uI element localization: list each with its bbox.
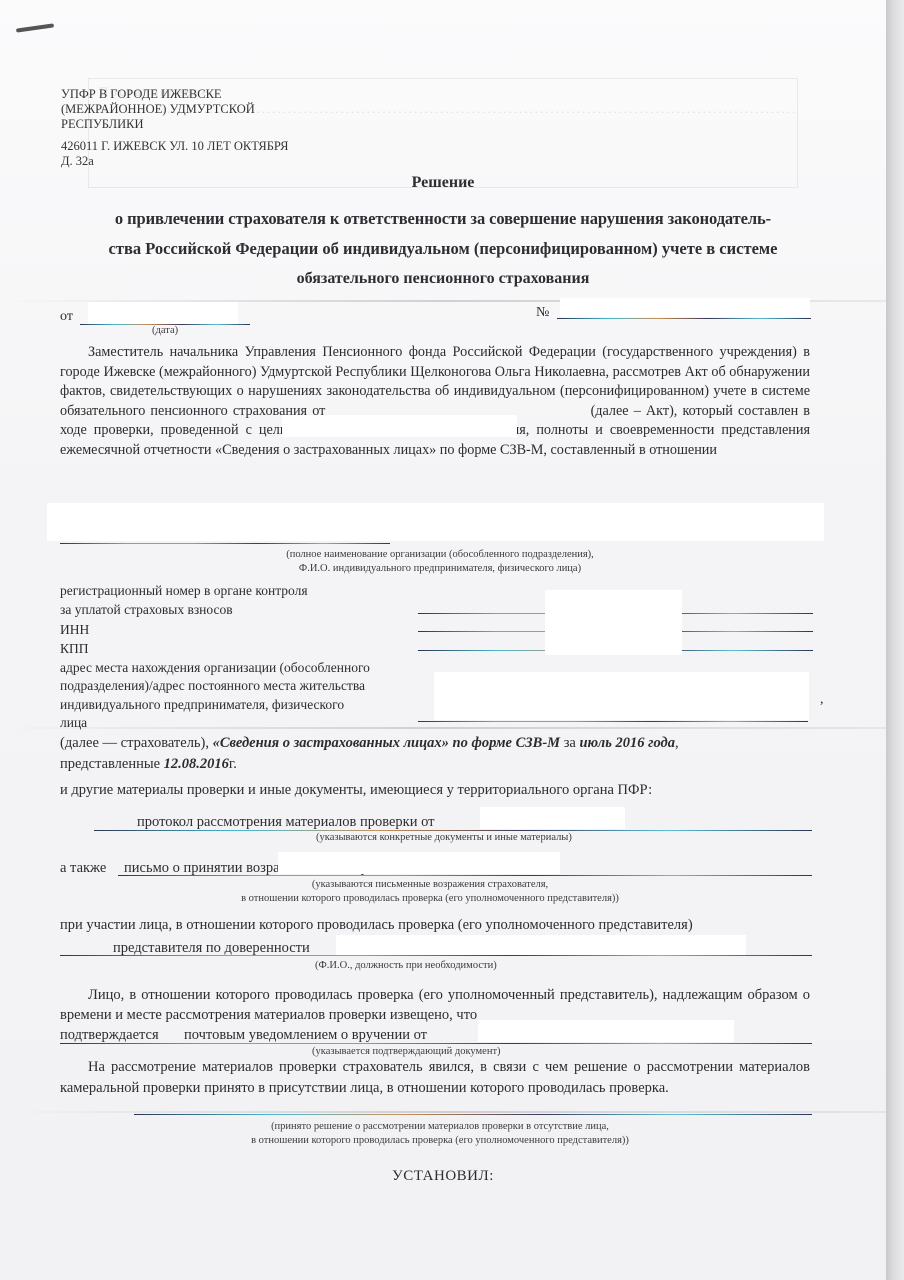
notification-text: Лицо, в отношении которого проводилась п… [60, 987, 810, 1023]
address-label: лица [60, 715, 87, 731]
address-label: индивидуального предпринимателя, физичес… [60, 697, 344, 713]
protocol-text: протокол рассмотрения материалов проверк… [137, 814, 434, 831]
insurer-prefix: (далее — страхователь), [60, 735, 209, 751]
org-caption-line: Ф.И.О. индивидуального предпринимателя, … [0, 562, 880, 576]
report-period: июль 2016 года [579, 735, 674, 751]
redacted-act-date [282, 415, 517, 437]
redacted-organization-name [47, 503, 824, 541]
address-trailing-comma: , [820, 692, 824, 708]
date-from-label: от [60, 309, 73, 325]
review-caption-line: (принято решение о рассмотрении материал… [0, 1120, 880, 1134]
document-heading: Решение [0, 174, 886, 192]
for-label: за [564, 735, 576, 751]
fold-line [0, 1111, 886, 1113]
org-name-line: (МЕЖРАЙОННОЕ) УДМУРТСКОЙ [61, 102, 288, 117]
redacted-representative [336, 935, 746, 955]
number-label: № [536, 305, 549, 321]
pen-mark [16, 23, 54, 32]
fold-line [0, 727, 886, 729]
objection-caption-line: (указываются письменные возражения страх… [0, 878, 860, 892]
form-name: «Сведения о застрахованных лицах» по фор… [213, 735, 560, 751]
org-name-line [60, 543, 390, 544]
review-text: На рассмотрение материалов проверки стра… [60, 1059, 810, 1096]
redacted-protocol-date [480, 807, 625, 829]
redacted-registration-values [545, 590, 682, 655]
org-name-line: УПФР В ГОРОДЕ ИЖЕВСКЕ [61, 87, 288, 102]
redacted-date [88, 302, 238, 324]
submitted-label: представленные [60, 756, 160, 772]
number-field-line [557, 318, 811, 319]
document-title-line: о привлечении страхователя к ответственн… [0, 209, 886, 229]
org-address-line: 426011 Г. ИЖЕВСК УЛ. 10 ЛЕТ ОКТЯБРЯ [61, 139, 288, 154]
confirm-document: почтовым уведомлением о вручении от [184, 1027, 427, 1044]
review-caption: (принято решение о рассмотрении материал… [0, 1120, 880, 1148]
also-label: а также [60, 860, 106, 877]
org-address-line: Д. 32а [61, 154, 288, 169]
established-heading: УСТАНОВИЛ: [0, 1168, 886, 1185]
org-name-line: РЕСПУБЛИКИ [61, 117, 288, 132]
document-title-line: ства Российской Федерации об индивидуаль… [0, 239, 886, 259]
insurer-paragraph: (далее — страхователь), «Сведения о заст… [60, 733, 810, 775]
date-caption: (дата) [152, 325, 178, 336]
year-suffix: г. [229, 756, 237, 772]
submitted-date: 12.08.2016 [164, 756, 229, 772]
redacted-objection-ref [278, 852, 560, 874]
org-caption: (полное наименование организации (обособ… [0, 548, 880, 576]
intro-paragraph: Заместитель начальника Управления Пенсио… [60, 343, 810, 460]
objection-caption-line: в отношении которого проводилась проверк… [0, 892, 860, 906]
confirm-line [60, 1043, 812, 1044]
objection-line [118, 875, 812, 876]
document-page: Постановление ..........................… [0, 0, 886, 1280]
representative-line [60, 955, 812, 956]
reg-number-label: регистрационный номер в органе контроля [60, 583, 308, 599]
kpp-label: КПП [60, 641, 89, 657]
review-paragraph: На рассмотрение материалов проверки стра… [60, 1057, 810, 1098]
redacted-notice-date [478, 1020, 734, 1042]
review-caption-line: в отношении которого проводилась проверк… [0, 1134, 880, 1148]
address-label: адрес места нахождения организации (обос… [60, 660, 370, 676]
materials-intro: и другие материалы проверки и иные докум… [60, 782, 652, 799]
address-label: подразделения)/адрес постоянного места ж… [60, 678, 365, 694]
review-last-word: проверка. [609, 1080, 669, 1096]
org-caption-line: (полное наименование организации (обособ… [0, 548, 880, 562]
sender-block: УПФР В ГОРОДЕ ИЖЕВСКЕ (МЕЖРАЙОННОЕ) УДМУ… [61, 87, 288, 169]
inn-label: ИНН [60, 622, 89, 638]
address-field-line [418, 721, 808, 722]
representative-caption: (Ф.И.О., должность при необходимости) [315, 960, 497, 971]
redacted-number [560, 298, 810, 317]
reg-number-label: за уплатой страховых взносов [60, 602, 233, 618]
scan-edge [886, 0, 904, 1280]
document-title-line: обязательного пенсионного страхования [0, 270, 886, 288]
participation-text: при участии лица, в отношении которого п… [60, 917, 693, 934]
confirm-label: подтверждается [60, 1027, 159, 1044]
redacted-address [434, 672, 809, 720]
confirm-caption: (указывается подтверждающий документ) [312, 1046, 501, 1057]
review-line [134, 1114, 812, 1115]
protocol-caption: (указываются конкретные документы и иные… [316, 832, 572, 843]
objection-caption: (указываются письменные возражения страх… [0, 878, 860, 906]
